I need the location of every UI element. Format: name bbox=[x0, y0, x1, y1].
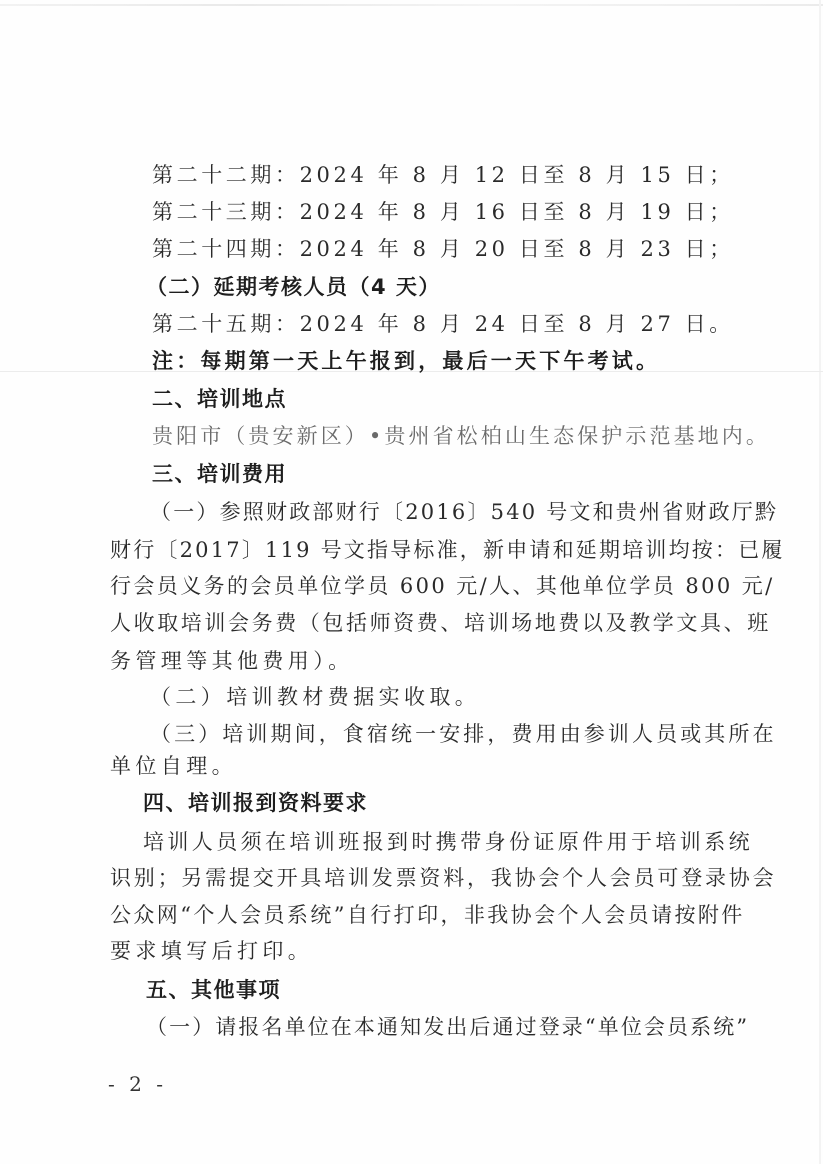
scan-edge-top bbox=[0, 4, 823, 6]
page-number: - 2 - bbox=[108, 1072, 167, 1096]
schedule-period-23: 第二十三期：2024 年 8 月 16 日至 8 月 19 日； bbox=[152, 198, 772, 226]
schedule-note: 注：每期第一天上午报到，最后一天下午考试。 bbox=[152, 347, 772, 375]
fees-item-1-line-4: 人收取培训会务费（包括师资费、培训场地费以及教学文具、班 bbox=[110, 609, 730, 637]
fees-item-1-line-5: 务管理等其他费用）。 bbox=[110, 647, 730, 675]
section-heading-training-location: 二、培训地点 bbox=[152, 385, 772, 413]
schedule-period-25: 第二十五期：2024 年 8 月 24 日至 8 月 27 日。 bbox=[152, 310, 772, 338]
registration-materials-line-3: 公众网“个人会员系统”自行打印，非我协会个人会员请按附件 bbox=[110, 901, 730, 929]
fees-item-2: （二）培训教材费据实收取。 bbox=[150, 683, 770, 711]
fees-item-1-line-2: 财行〔2017〕119 号文指导标准，新申请和延期培训均按：已履 bbox=[110, 536, 730, 564]
other-matters-item-1: （一）请报名单位在本通知发出后通过登录“单位会员系统” bbox=[146, 1013, 766, 1041]
fees-item-1-line-1: （一）参照财政部财行〔2016〕540 号文和贵州省财政厅黔 bbox=[150, 498, 770, 526]
section-heading-training-fees: 三、培训费用 bbox=[152, 460, 772, 488]
fees-item-3-line-2: 单位自理。 bbox=[110, 752, 730, 780]
schedule-period-24: 第二十四期：2024 年 8 月 20 日至 8 月 23 日； bbox=[152, 235, 772, 263]
section-heading-registration-materials: 四、培训报到资料要求 bbox=[143, 789, 763, 817]
fees-item-3-line-1: （三）培训期间，食宿统一安排，费用由参训人员或其所在 bbox=[150, 720, 770, 748]
registration-materials-line-2: 识别；另需提交开具培训发票资料，我协会个人会员可登录协会 bbox=[110, 864, 730, 892]
scan-edge-right bbox=[819, 0, 821, 1164]
registration-materials-line-4: 要求填写后打印。 bbox=[110, 937, 730, 965]
training-location-text: 贵阳市（贵安新区）•贵州省松柏山生态保护示范基地内。 bbox=[152, 422, 772, 450]
registration-materials-line-1: 培训人员须在培训班报到时携带身份证原件用于培训系统 bbox=[143, 828, 763, 856]
fees-item-1-line-3: 行会员义务的会员单位学员 600 元/人、其他单位学员 800 元/ bbox=[110, 572, 730, 600]
subheading-deferred-assessment: （二）延期考核人员（4 天） bbox=[146, 273, 766, 301]
document-page: 第二十二期：2024 年 8 月 12 日至 8 月 15 日； 第二十三期：2… bbox=[0, 0, 823, 1164]
schedule-period-22: 第二十二期：2024 年 8 月 12 日至 8 月 15 日； bbox=[152, 161, 772, 189]
section-heading-other-matters: 五、其他事项 bbox=[146, 976, 766, 1004]
